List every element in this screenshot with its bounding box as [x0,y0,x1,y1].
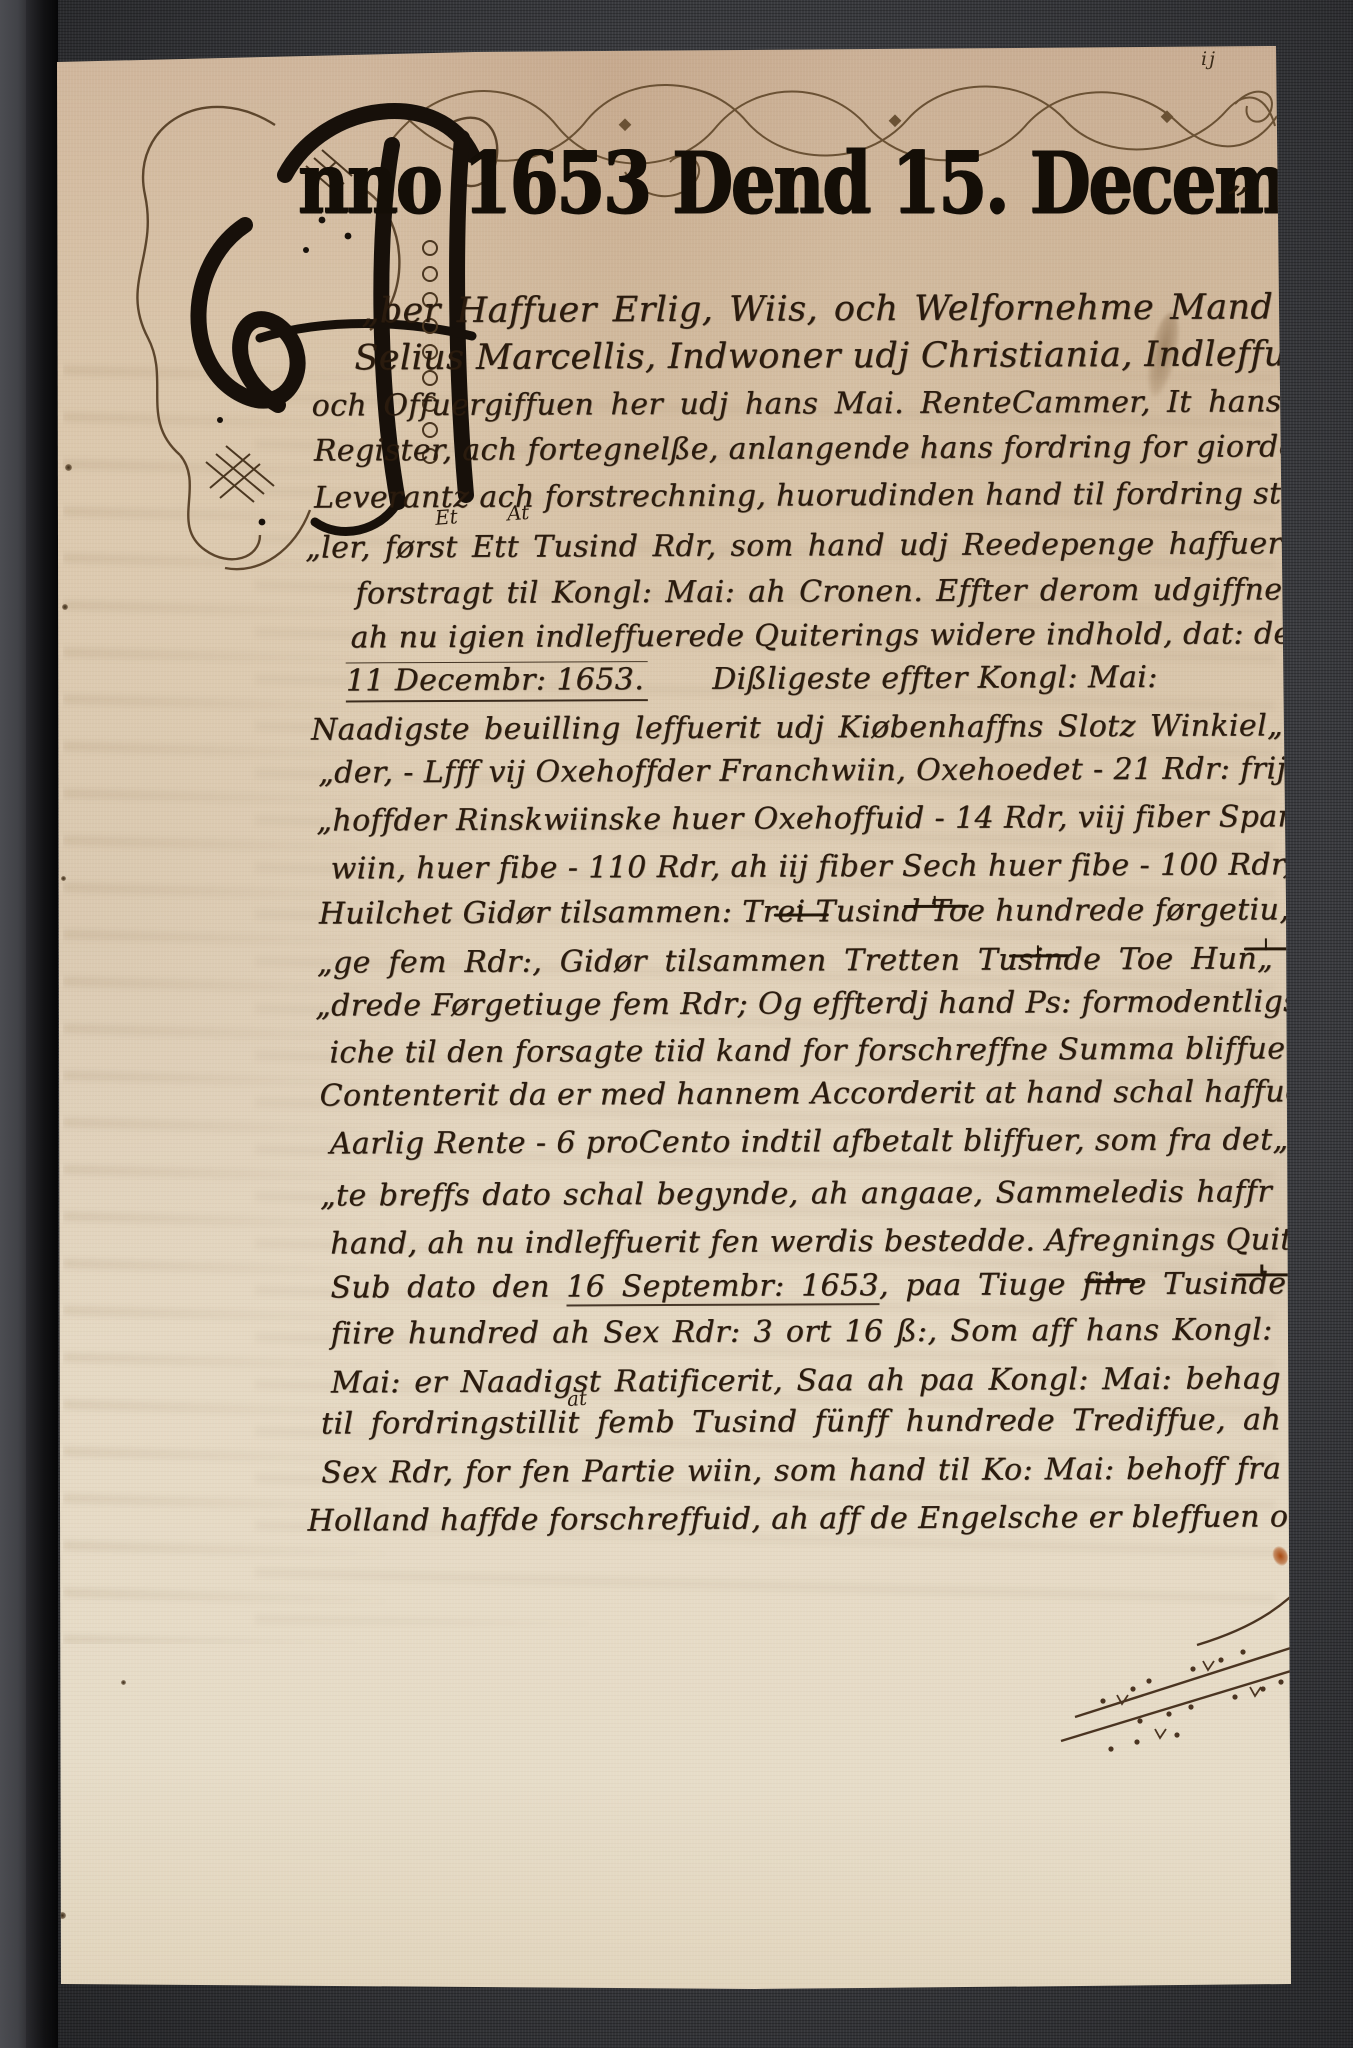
tally-mark [1009,954,1069,957]
manuscript-page: nno 1653 Dend 15. Decem „ ij „ber Haffue… [55,44,1293,1992]
manuscript-line: Sex Rdr, for fen Partie wiin, som hand t… [321,1452,1281,1489]
manuscript-line: „der, - Lfff vij Oxehoffder Franchwiin, … [318,752,1284,789]
underlined-date: 11 Decembr: 1653. [346,661,649,702]
interlinear-insertion: At [506,500,530,526]
manuscript-line: fiire hundred ah Sex Rdr: 3 ort 16 ß:, S… [331,1313,1273,1350]
manuscript-line: och Offuergiffuen her udj hans Mai. Rent… [312,385,1282,422]
manuscript-line: „hoffder Rinskwiinske huer Oxehoffuid - … [316,800,1284,837]
manuscript-line: Aarlig Rente - 6 proCento indtil afbetal… [330,1123,1286,1160]
tally-mark [904,905,969,908]
manuscript-line: wiin, huer fibe - 110 Rdr, ah iij fiber … [331,848,1285,885]
tally-mark [774,913,829,916]
manuscript-line: „ber Haffuer Erlig, Wiis, och Welfornehm… [361,288,1273,330]
tally-mark [1085,1280,1140,1283]
underlined-date: 16 Septembr: 1653 [566,1268,879,1306]
manuscript-line: forstragt til Kongl: Mai: ah Cronen. Eff… [355,573,1282,610]
manuscript-line: iche til den forsagte tiid kand for fors… [329,1032,1285,1069]
manuscript-line: Huilchet Gidør tilsammen: Trei Tusind To… [319,893,1285,930]
manuscript-line: „drede Førgetiuge fem Rdr; Og effterdj h… [315,985,1285,1022]
manuscript-line: Holland haffde forschreffuid, ah aff de … [307,1500,1291,1537]
tally-mark [1235,1273,1290,1276]
manuscript-line: Contenterit da er med hannem Accorderit … [320,1075,1286,1112]
end-flourish [1045,1549,1345,1764]
manuscript-line: Naadigste beuilling leffuerit udj Kiøben… [311,709,1283,746]
interlinear-insertion: Et [434,504,458,530]
manuscript-line: Sub dato den 16 Septembr: 1653, paa Tiug… [330,1267,1286,1304]
tally-mark [1244,947,1289,950]
manuscript-line: Register, ach fortegnelße, anlangende ha… [314,430,1282,467]
manuscript-line: ah nu igien indleffuerede Quiterings wid… [351,617,1283,654]
binding-shadow [26,0,58,2048]
manuscript-line: „ge fem Rdr:, Gidør tilsammen Tretten Tu… [317,942,1273,979]
manuscript-line: hand, ah nu indleffuerit fen werdis best… [330,1223,1286,1260]
manuscript-line: Leverantz ach forstrechning, huorudinden… [314,477,1282,514]
manuscript-line: til fordringstillit femb Tusind fünff hu… [321,1403,1281,1440]
line-prefix: Sub dato den [330,1269,566,1305]
manuscript-line: „ler, først Ett Tusind Rdr, som hand udj… [305,527,1282,564]
manuscript-line: „te breffs dato schal begynde, ah angaae… [320,1175,1272,1212]
interlinear-insertion: at [566,1386,588,1411]
manuscript-line: Selius Marcellis, Indwoner udj Christian… [354,335,1276,378]
line-continuation: Dißligeste effter Kongl: Mai: [712,660,1158,697]
line-continuation: , paa Tiuge fiire Tusinde [879,1266,1287,1303]
manuscript-line: Mai: er Naadigst Ratificerit, Saa ah paa… [331,1362,1281,1399]
manuscript-line: 11 Decembr: 1653.Dißligeste effter Kongl… [346,661,1158,698]
